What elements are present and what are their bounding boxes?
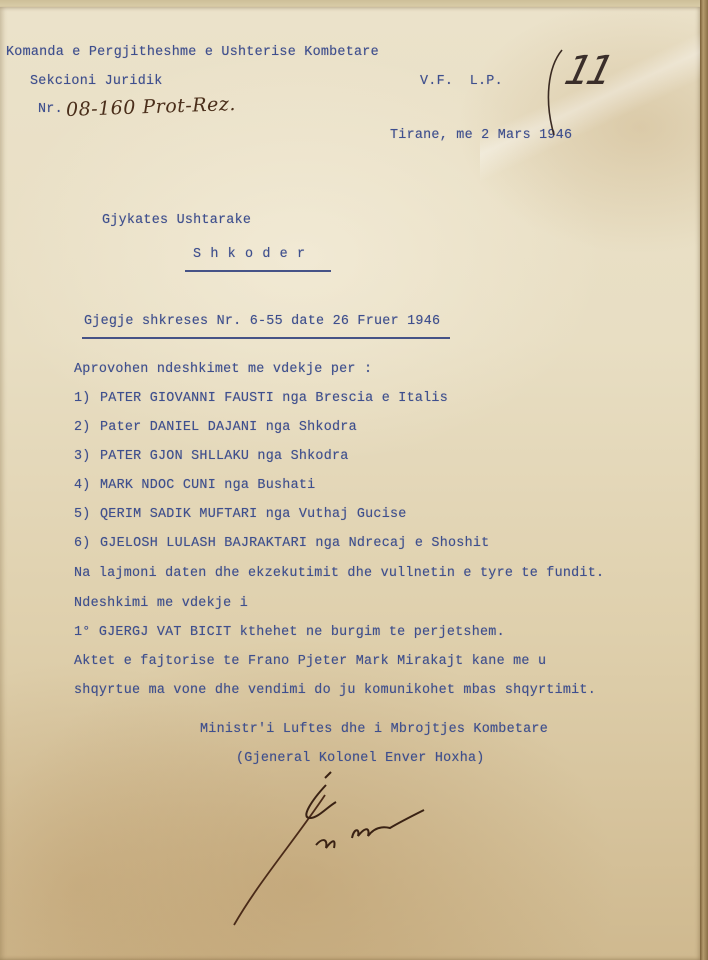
sentenced-item: PATER GJON SHLLAKU nga Shkodra xyxy=(100,449,349,465)
sentenced-item-num: 1) xyxy=(74,391,91,407)
commuted-intro: Ndeshkimi me vdekje i xyxy=(74,596,248,612)
subject-reference: Gjegje shkreses Nr. 6-55 date 26 Fruer 1… xyxy=(84,314,440,330)
sentenced-item: QERIM SADIK MUFTARI nga Vuthaj Gucise xyxy=(100,507,407,523)
recipient-city: Shkoder xyxy=(193,247,314,263)
sentenced-item: Pater DANIEL DAJANI nga Shkodra xyxy=(100,420,357,436)
sentenced-item-num: 4) xyxy=(74,478,91,494)
signatory-name: (Gjeneral Kolonel Enver Hoxha) xyxy=(236,751,485,767)
letterhead-organization: Komanda e Pergjitheshme e Ushterise Komb… xyxy=(6,45,379,61)
execution-notification-line: Na lajmoni daten dhe ekzekutimit dhe vul… xyxy=(74,566,604,582)
letterhead-section: Sekcioni Juridik xyxy=(30,74,163,90)
letterhead-motto: V.F. L.P. xyxy=(420,74,503,90)
sentenced-item: MARK NDOC CUNI nga Bushati xyxy=(100,478,315,494)
sentenced-item: GJELOSH LULASH BAJRAKTARI nga Ndrecaj e … xyxy=(100,536,489,552)
sentenced-item-num: 5) xyxy=(74,507,91,523)
recipient-name: Gjykates Ushtarake xyxy=(102,213,251,229)
sentenced-item-num: 3) xyxy=(74,449,91,465)
commuted-sentence: 1° GJERGJ VAT BICIT kthehet ne burgim te… xyxy=(74,625,505,641)
sentenced-item-num: 2) xyxy=(74,420,91,436)
letterhead-number-label: Nr. xyxy=(38,102,63,118)
sentenced-item: PATER GIOVANNI FAUSTI nga Brescia e Ital… xyxy=(100,391,448,407)
pending-case-line-1: Aktet e fajtorise te Frano Pjeter Mark M… xyxy=(74,654,546,670)
pending-case-line-2: shqyrtue ma vone dhe vendimi do ju komun… xyxy=(74,683,596,699)
signatory-title: Ministr'i Luftes dhe i Mbrojtjes Kombeta… xyxy=(200,722,548,738)
recipient-city-underline xyxy=(185,270,331,272)
sentenced-item-num: 6) xyxy=(74,536,91,552)
subject-underline xyxy=(82,337,450,339)
handwritten-signature xyxy=(200,770,460,940)
background-page-edge-right xyxy=(700,0,708,960)
sentence-approval-intro: Aprovohen ndeshkimet me vdekje per : xyxy=(74,362,372,378)
